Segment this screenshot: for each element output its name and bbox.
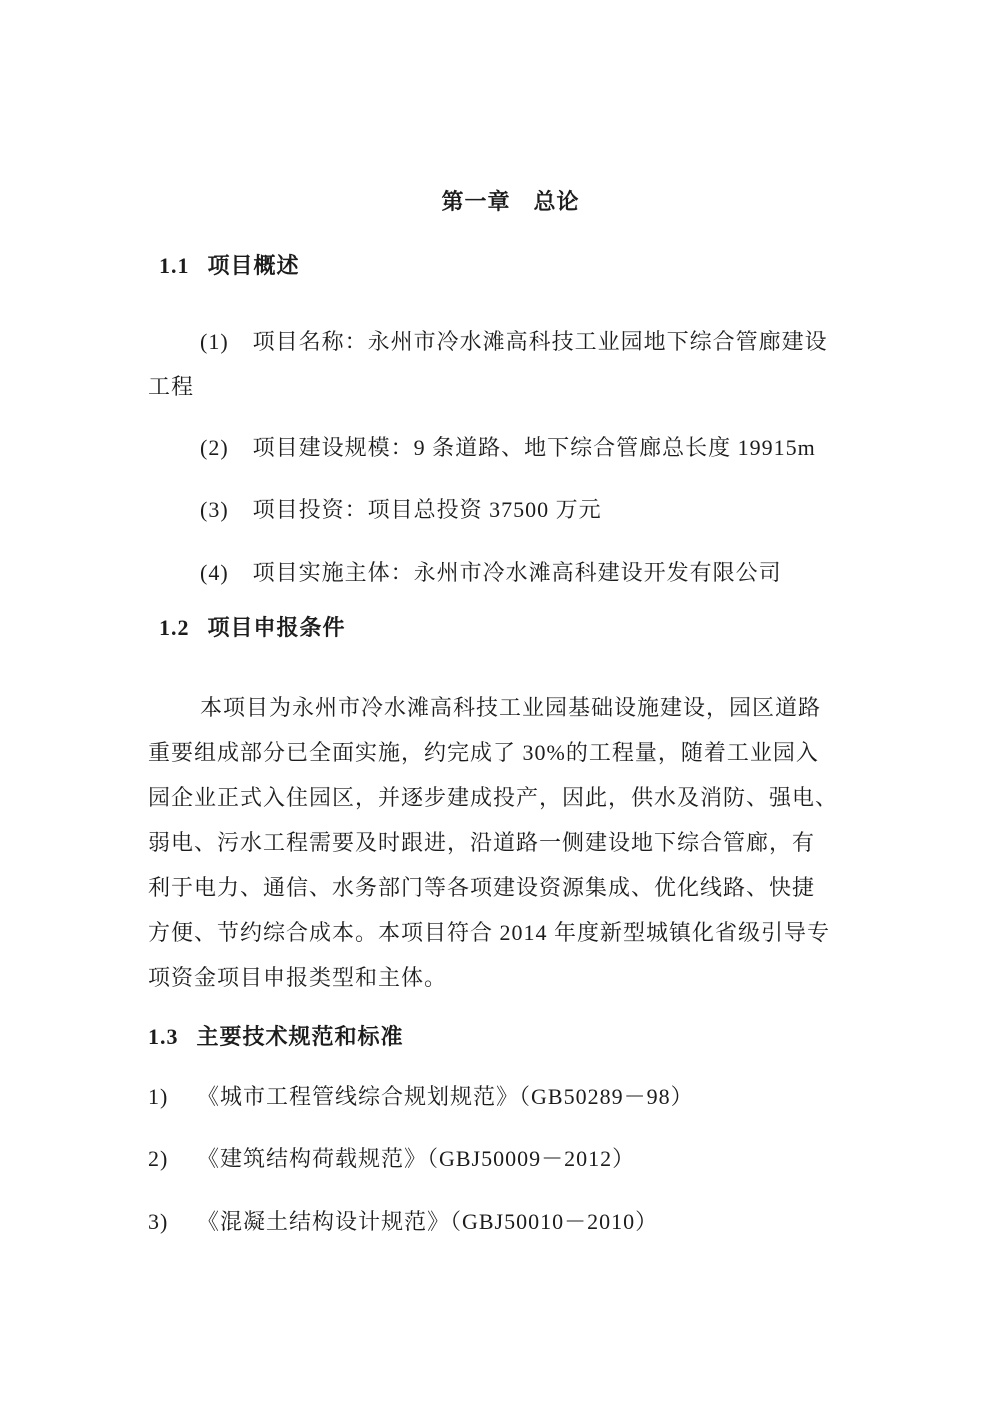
section-heading-1-1: 1.1项目概述 bbox=[148, 251, 873, 281]
standard-text: 《城市工程管线综合规划规范》（GB50289－98） bbox=[197, 1084, 694, 1109]
project-item-2: (2)项目建设规模：9 条道路、地下综合管廊总长度 19915m bbox=[148, 425, 873, 470]
chapter-title-text: 总论 bbox=[534, 189, 580, 214]
project-item-1: (1)项目名称：永州市冷水滩高科技工业园地下综合管廊建设 工程 bbox=[148, 319, 873, 409]
item-label: (1) bbox=[200, 329, 229, 354]
section-number: 1.3 bbox=[148, 1024, 179, 1049]
standard-label: 2) bbox=[148, 1136, 197, 1181]
standard-text: 《混凝土结构设计规范》（GBJ50010－2010） bbox=[197, 1209, 658, 1234]
item-text: 项目实施主体：永州市冷水滩高科建设开发有限公司 bbox=[253, 560, 782, 585]
paragraph-line: 弱电、污水工程需要及时跟进，沿道路一侧建设地下综合管廊，有 bbox=[148, 820, 873, 865]
paragraph-line: 本项目为永州市冷水滩高科技工业园基础设施建设，园区道路 bbox=[148, 685, 873, 730]
document-page: 第一章总论 1.1项目概述 (1)项目名称：永州市冷水滩高科技工业园地下综合管廊… bbox=[0, 0, 993, 1404]
application-conditions-paragraph: 本项目为永州市冷水滩高科技工业园基础设施建设，园区道路 重要组成部分已全面实施，… bbox=[148, 685, 873, 1000]
project-item-3: (3)项目投资：项目总投资 37500 万元 bbox=[148, 487, 873, 532]
project-item-3-line: (3)项目投资：项目总投资 37500 万元 bbox=[148, 487, 873, 532]
chapter-number: 第一章 bbox=[441, 189, 510, 214]
project-item-1-line-2: 工程 bbox=[148, 364, 873, 409]
page-content: 第一章总论 1.1项目概述 (1)项目名称：永州市冷水滩高科技工业园地下综合管廊… bbox=[0, 0, 993, 1244]
project-item-4: (4)项目实施主体：永州市冷水滩高科建设开发有限公司 bbox=[148, 550, 873, 595]
project-item-1-line-1: (1)项目名称：永州市冷水滩高科技工业园地下综合管廊建设 bbox=[148, 319, 873, 364]
standard-item-1: 1)《城市工程管线综合规划规范》（GB50289－98） bbox=[148, 1074, 873, 1119]
paragraph-line: 园企业正式入住园区，并逐步建成投产，因此，供水及消防、强电、 bbox=[148, 775, 873, 820]
item-label: (2) bbox=[200, 435, 229, 460]
standard-item-2: 2)《建筑结构荷载规范》（GBJ50009－2012） bbox=[148, 1136, 873, 1181]
section-title: 项目申报条件 bbox=[208, 615, 346, 640]
item-text: 项目名称：永州市冷水滩高科技工业园地下综合管廊建设 bbox=[253, 329, 828, 354]
section-heading-1-3: 1.3主要技术规范和标准 bbox=[148, 1022, 873, 1052]
project-item-4-line: (4)项目实施主体：永州市冷水滩高科建设开发有限公司 bbox=[148, 550, 873, 595]
project-item-2-line: (2)项目建设规模：9 条道路、地下综合管廊总长度 19915m bbox=[148, 425, 873, 470]
section-number: 1.2 bbox=[159, 615, 190, 640]
item-label: (3) bbox=[200, 497, 229, 522]
standard-label: 1) bbox=[148, 1074, 197, 1119]
item-text: 项目投资：项目总投资 37500 万元 bbox=[253, 497, 602, 522]
section-title: 项目概述 bbox=[208, 253, 300, 278]
standards-list: 1)《城市工程管线综合规划规范》（GB50289－98） 2)《建筑结构荷载规范… bbox=[148, 1074, 873, 1244]
item-text: 项目建设规模：9 条道路、地下综合管廊总长度 19915m bbox=[253, 435, 816, 460]
paragraph-line: 重要组成部分已全面实施，约完成了 30%的工程量，随着工业园入 bbox=[148, 730, 873, 775]
paragraph-line: 方便、节约综合成本。本项目符合 2014 年度新型城镇化省级引导专 bbox=[148, 910, 873, 955]
section-title: 主要技术规范和标准 bbox=[197, 1024, 404, 1049]
section-number: 1.1 bbox=[159, 253, 190, 278]
standard-item-3: 3)《混凝土结构设计规范》（GBJ50010－2010） bbox=[148, 1199, 873, 1244]
section-heading-1-2: 1.2项目申报条件 bbox=[148, 613, 873, 643]
paragraph-line: 利于电力、通信、水务部门等各项建设资源集成、优化线路、快捷 bbox=[148, 865, 873, 910]
chapter-title: 第一章总论 bbox=[148, 0, 873, 217]
standard-label: 3) bbox=[148, 1199, 197, 1244]
paragraph-line: 项资金项目申报类型和主体。 bbox=[148, 955, 873, 1000]
item-label: (4) bbox=[200, 560, 229, 585]
standard-text: 《建筑结构荷载规范》（GBJ50009－2012） bbox=[197, 1146, 635, 1171]
